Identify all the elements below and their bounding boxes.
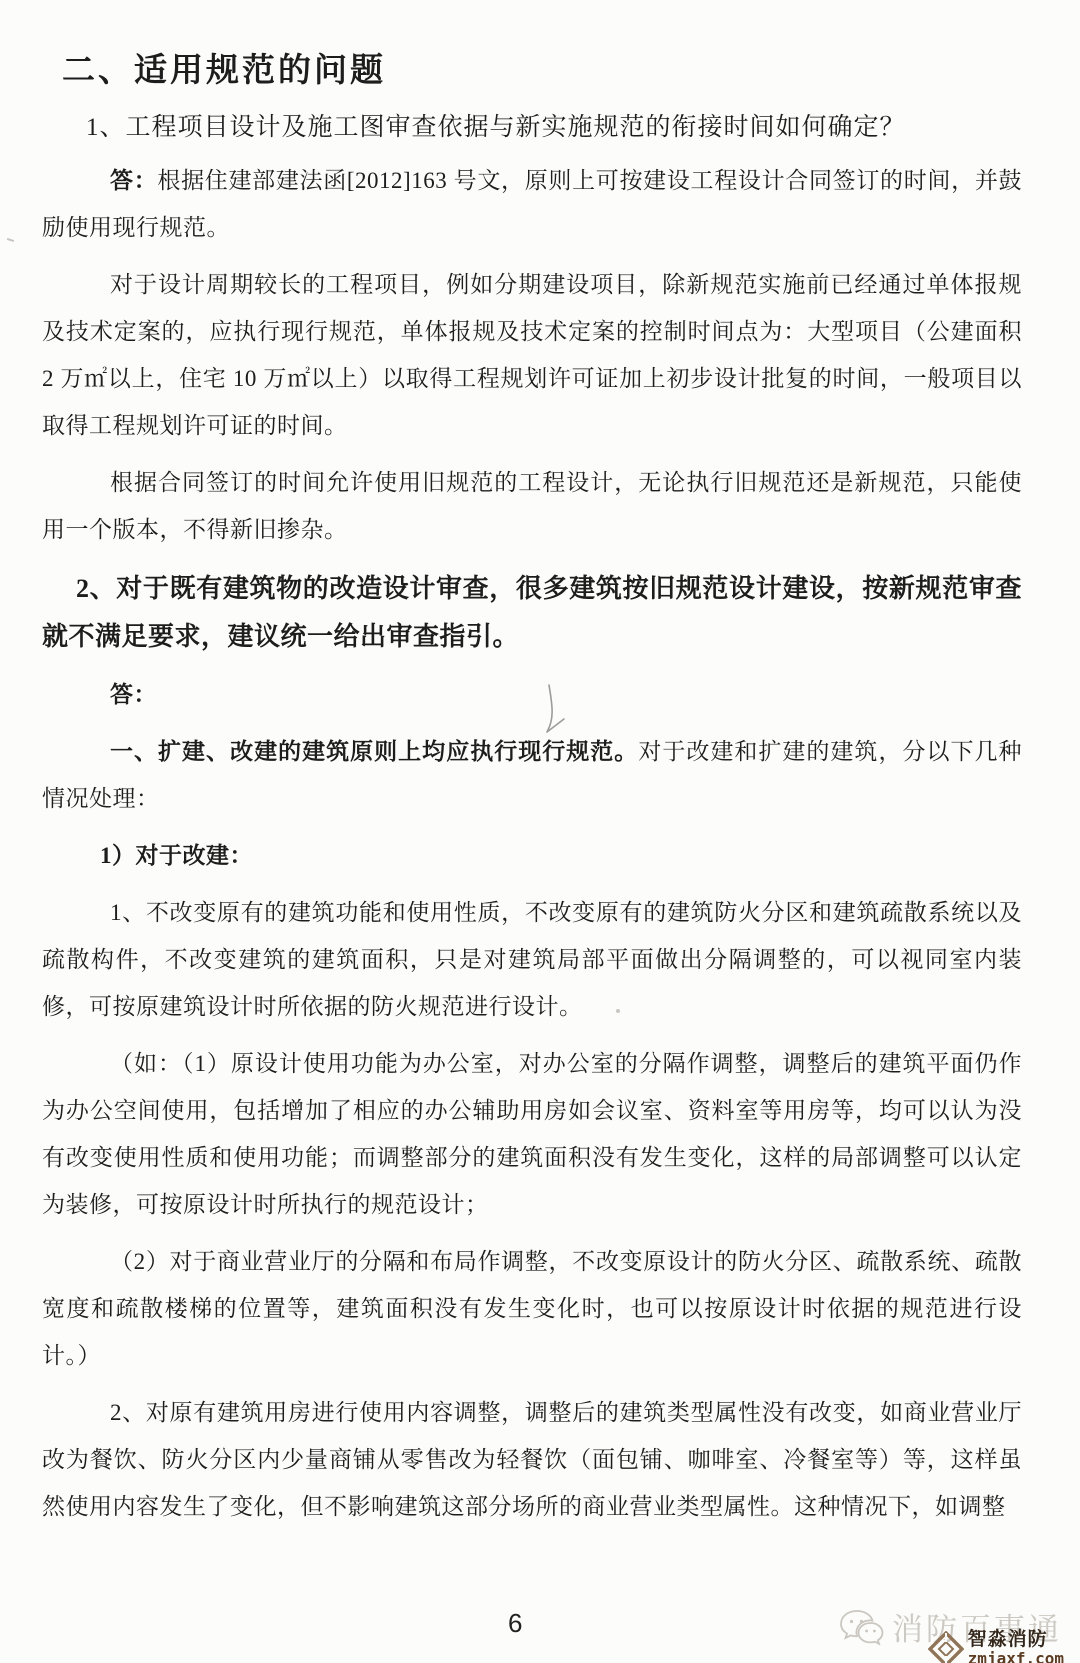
watermark-group: 消防百事通 智淼消防 zmjaxf.com	[806, 1604, 1066, 1662]
paragraph-design-cycle: 对于设计周期较长的工程项目，例如分期建设项目，除新规范实施前已经通过单体报规及技…	[42, 261, 1022, 449]
answer-label: 答：	[110, 682, 157, 707]
paragraph-example-2: （2）对于商业营业厅的分隔和布局作调整，不改变原设计的防火分区、疏散系统、疏散宽…	[42, 1238, 1022, 1379]
handwritten-check-mark	[536, 682, 578, 744]
watermark-logo: 智淼消防 zmjaxf.com	[928, 1630, 1064, 1663]
wechat-chat-bubbles-icon	[838, 1607, 888, 1647]
watermark-logo-title: 智淼消防	[968, 1630, 1064, 1649]
scan-speck	[7, 238, 14, 242]
answer-2-label: 答：	[42, 671, 1022, 718]
paragraph-contract-time: 根据合同签订的时间允许使用旧规范的工程设计，无论执行旧规范还是新规范，只能使用一…	[42, 459, 1022, 553]
answer-1: 答：根据住建部建法函[2012]163 号文，原则上可按建设工程设计合同签订的时…	[42, 157, 1022, 251]
answer-label: 答：	[110, 168, 157, 193]
watermark-logo-site: zmjaxf.com	[968, 1651, 1064, 1663]
question-2: 2、对于既有建筑物的改造设计审查，很多建筑按旧规范设计建设，按新规范审查就不满足…	[42, 565, 1022, 661]
answer-1-text: 根据住建部建法函[2012]163 号文，原则上可按建设工程设计合同签订的时间，…	[42, 168, 1022, 240]
paragraph-example-1: （如：（1）原设计使用功能为办公室，对办公室的分隔作调整，调整后的建筑平面仍作为…	[42, 1040, 1022, 1228]
section-heading: 二、适用规范的问题	[62, 44, 1022, 91]
page-number: 6	[508, 1608, 522, 1639]
paragraph-renovation-1: 1、不改变原有的建筑功能和使用性质，不改变原有的建筑防火分区和建筑疏散系统以及疏…	[42, 889, 1022, 1030]
document-page: 二、适用规范的问题 1、工程项目设计及施工图审查依据与新实施规范的衔接时间如何确…	[0, 0, 1080, 1663]
scan-speck	[616, 1009, 620, 1013]
rule-1: 一、扩建、改建的建筑原则上均应执行现行规范。对于改建和扩建的建筑，分以下几种情况…	[42, 728, 1022, 822]
question-1: 1、工程项目设计及施工图审查依据与新实施规范的衔接时间如何确定？	[42, 109, 1022, 147]
paragraph-usage-adjustment: 2、对原有建筑用房进行使用内容调整，调整后的建筑类型属性没有改变，如商业营业厅改…	[42, 1389, 1022, 1530]
diamond-ribbon-logo-icon	[928, 1631, 964, 1663]
subhead-renovation: 1）对于改建：	[42, 832, 1022, 879]
